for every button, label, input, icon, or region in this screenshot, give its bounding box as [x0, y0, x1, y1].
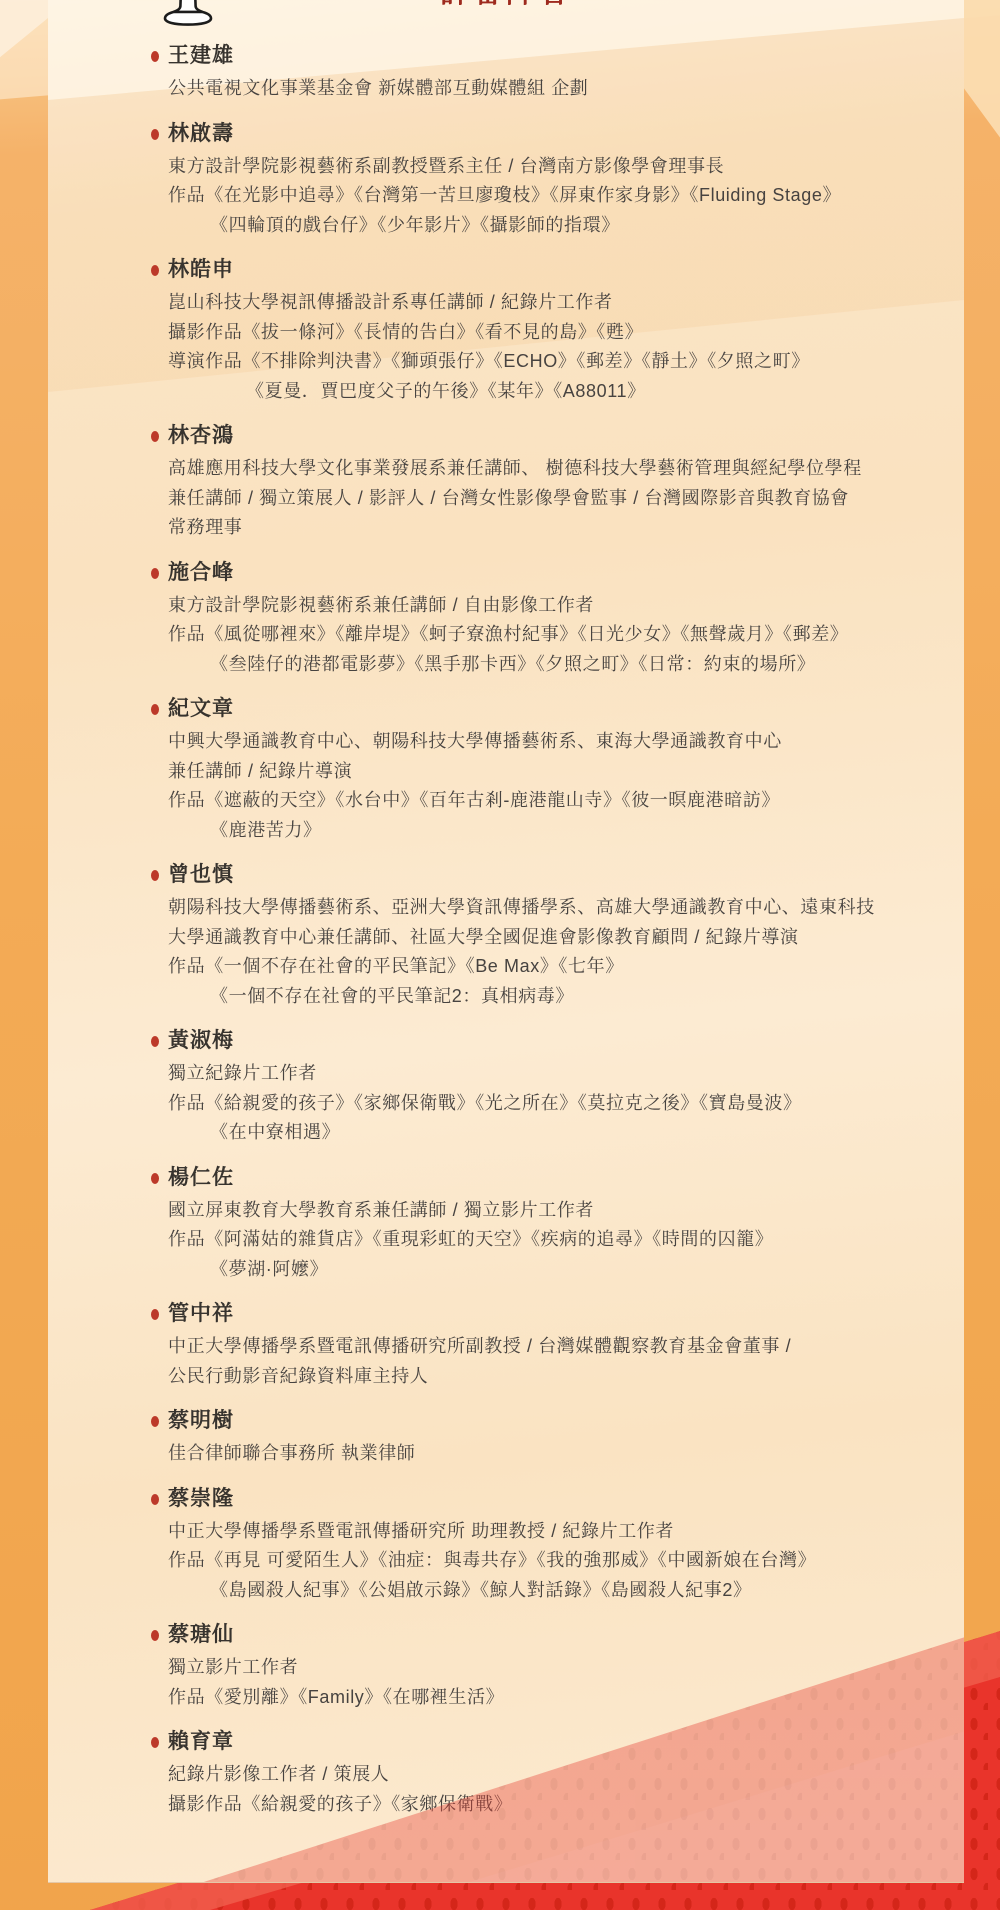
bullet-icon — [151, 1036, 159, 1047]
member-detail-line: 兼任講師 / 紀錄片導演 — [168, 757, 936, 787]
member-section: 王建雄公共電視文化事業基金會 新媒體部互動媒體組 企劃 — [168, 44, 936, 104]
member-name: 賴育章 — [168, 1730, 234, 1753]
member-name-row: 紀文章 — [168, 697, 936, 721]
member-detail-line: 導演作品《不排除判決書》《獅頭張仔》《ECHO》《郵差》《靜土》《夕照之町》 — [168, 347, 936, 377]
member-name-row: 管中祥 — [168, 1302, 936, 1326]
member-detail-line: 常務理事 — [168, 513, 936, 543]
member-detail-line: 作品《風從哪裡來》《離岸堤》《蚵子寮漁村紀事》《日光少女》《無聲歲月》《郵差》 — [168, 620, 936, 650]
member-name-row: 黃淑梅 — [168, 1029, 936, 1053]
member-section: 林皓申崑山科技大學視訊傳播設計系專任講師 / 紀錄片工作者攝影作品《拔一條河》《… — [168, 258, 936, 406]
bullet-icon — [151, 1630, 159, 1641]
member-detail-line: 《夏曼．賈巴度父子的午後》《某年》《A88011》 — [168, 377, 936, 407]
member-detail-line: 作品《阿滿姑的雜貨店》《重現彩虹的天空》《疾病的追尋》《時間的囚籠》 — [168, 1225, 936, 1255]
bullet-icon — [151, 1737, 159, 1748]
member-name-row: 林杏鴻 — [168, 424, 936, 448]
member-section: 蔡明樹佳合律師聯合事務所 執業律師 — [168, 1409, 936, 1469]
member-detail-line: 朝陽科技大學傳播藝術系、亞洲大學資訊傳播學系、高雄大學通識教育中心、遠東科技 — [168, 893, 936, 923]
member-detail-line: 東方設計學院影視藝術系副教授暨系主任 / 台灣南方影像學會理事長 — [168, 152, 936, 182]
member-detail-line: 作品《遮蔽的天空》《水台中》《百年古剎-鹿港龍山寺》《彼一暝鹿港暗訪》 — [168, 786, 936, 816]
member-name: 蔡明樹 — [168, 1409, 234, 1432]
member-detail-line: 《島國殺人紀事》《公娼啟示錄》《鯨人對話錄》《島國殺人紀事2》 — [168, 1576, 936, 1606]
member-detail-line: 中正大學傳播學系暨電訊傳播研究所 助理教授 / 紀錄片工作者 — [168, 1517, 936, 1547]
member-detail-line: 作品《一個不存在社會的平民筆記》《Be Max》《七年》 — [168, 952, 936, 982]
member-name-row: 楊仁佐 — [168, 1166, 936, 1190]
member-section: 林啟壽東方設計學院影視藝術系副教授暨系主任 / 台灣南方影像學會理事長作品《在光… — [168, 122, 936, 241]
member-detail-line: 《一個不存在社會的平民筆記2：真相病毒》 — [168, 982, 936, 1012]
member-name-row: 施合峰 — [168, 561, 936, 585]
member-detail-line: 高雄應用科技大學文化事業發展系兼任講師、 樹德科技大學藝術管理與經紀學位學程 — [168, 454, 936, 484]
member-detail-line: 崑山科技大學視訊傳播設計系專任講師 / 紀錄片工作者 — [168, 288, 936, 318]
member-section: 管中祥中正大學傳播學系暨電訊傳播研究所副教授 / 台灣媒體觀察教育基金會董事 /… — [168, 1302, 936, 1391]
bullet-icon — [151, 704, 159, 715]
member-detail-line: 作品《再見 可愛陌生人》《油症：與毒共存》《我的強那威》《中國新娘在台灣》 — [168, 1546, 936, 1576]
member-section: 林杏鴻高雄應用科技大學文化事業發展系兼任講師、 樹德科技大學藝術管理與經紀學位學… — [168, 424, 936, 543]
member-detail-line: 中興大學通識教育中心、朝陽科技大學傳播藝術系、東海大學通識教育中心 — [168, 727, 936, 757]
member-detail-line: 中正大學傳播學系暨電訊傳播研究所副教授 / 台灣媒體觀察教育基金會董事 / — [168, 1332, 936, 1362]
member-name-row: 林啟壽 — [168, 122, 936, 146]
member-section: 楊仁佐國立屏東教育大學教育系兼任講師 / 獨立影片工作者作品《阿滿姑的雜貨店》《… — [168, 1166, 936, 1285]
bullet-icon — [151, 568, 159, 579]
member-detail-line: 作品《在光影中追尋》《台灣第一苦旦廖瓊枝》《屏東作家身影》《Fluiding S… — [168, 181, 936, 211]
member-detail-line: 獨立影片工作者 — [168, 1653, 936, 1683]
bullet-icon — [151, 51, 159, 62]
member-detail-line: 作品《給親愛的孩子》《家鄉保衛戰》《光之所在》《莫拉克之後》《寶島曼波》 — [168, 1089, 936, 1119]
bullet-icon — [151, 431, 159, 442]
bullet-icon — [151, 1494, 159, 1505]
member-section: 施合峰東方設計學院影視藝術系兼任講師 / 自由影像工作者作品《風從哪裡來》《離岸… — [168, 561, 936, 680]
member-name: 蔡瑭仙 — [168, 1623, 234, 1646]
member-name-row: 蔡崇隆 — [168, 1487, 936, 1511]
member-detail-line: 攝影作品《拔一條河》《長情的告白》《看不見的島》《甦》 — [168, 318, 936, 348]
member-detail-line: 《鹿港苦力》 — [168, 816, 936, 846]
member-name: 管中祥 — [168, 1302, 234, 1325]
member-section: 紀文章中興大學通識教育中心、朝陽科技大學傳播藝術系、東海大學通識教育中心兼任講師… — [168, 697, 936, 845]
member-detail-line: 大學通識教育中心兼任講師、社區大學全國促進會影像教育顧問 / 紀錄片導演 — [168, 923, 936, 953]
member-detail-line: 公民行動影音紀錄資料庫主持人 — [168, 1362, 936, 1392]
member-detail-line: 獨立紀錄片工作者 — [168, 1059, 936, 1089]
content-panel: 評審陣容 王建雄公共電視文化事業基金會 新媒體部互動媒體組 企劃林啟壽東方設計學… — [48, 0, 964, 1883]
bullet-icon — [151, 129, 159, 140]
member-detail-line: 東方設計學院影視藝術系兼任講師 / 自由影像工作者 — [168, 591, 936, 621]
member-detail-line: 《叁陸仔的港都電影夢》《黑手那卡西》《夕照之町》《日常：約束的場所》 — [168, 650, 936, 680]
member-name: 林啟壽 — [168, 122, 234, 145]
member-name-row: 蔡明樹 — [168, 1409, 936, 1433]
member-name: 王建雄 — [168, 44, 234, 67]
member-name: 楊仁佐 — [168, 1166, 234, 1189]
member-detail-line: 佳合律師聯合事務所 執業律師 — [168, 1439, 936, 1469]
member-section: 黃淑梅獨立紀錄片工作者作品《給親愛的孩子》《家鄉保衛戰》《光之所在》《莫拉克之後… — [168, 1029, 936, 1148]
bullet-icon — [151, 1416, 159, 1427]
bullet-icon — [151, 870, 159, 881]
member-detail-line: 《四輪頂的戲台仔》《少年影片》《攝影師的指環》 — [168, 211, 936, 241]
member-name: 林杏鴻 — [168, 424, 234, 447]
member-name-row: 王建雄 — [168, 44, 936, 68]
member-name-row: 林皓申 — [168, 258, 936, 282]
member-section: 曾也慎朝陽科技大學傳播藝術系、亞洲大學資訊傳播學系、高雄大學通識教育中心、遠東科… — [168, 863, 936, 1011]
member-name-row: 蔡瑭仙 — [168, 1623, 936, 1647]
member-name: 蔡崇隆 — [168, 1487, 234, 1510]
bullet-icon — [151, 265, 159, 276]
member-name: 曾也慎 — [168, 863, 234, 886]
bullet-icon — [151, 1173, 159, 1184]
member-section: 蔡崇隆中正大學傳播學系暨電訊傳播研究所 助理教授 / 紀錄片工作者作品《再見 可… — [168, 1487, 936, 1606]
member-name: 黃淑梅 — [168, 1029, 234, 1052]
member-detail-line: 《在中寮相遇》 — [168, 1118, 936, 1148]
member-detail-line: 《夢湖·阿嬤》 — [168, 1255, 936, 1285]
bullet-icon — [151, 1309, 159, 1320]
member-name: 紀文章 — [168, 697, 234, 720]
member-name: 施合峰 — [168, 561, 234, 584]
member-detail-line: 兼任講師 / 獨立策展人 / 影評人 / 台灣女性影像學會監事 / 台灣國際影音… — [168, 484, 936, 514]
member-list: 王建雄公共電視文化事業基金會 新媒體部互動媒體組 企劃林啟壽東方設計學院影視藝術… — [48, 0, 964, 1819]
member-detail-line: 公共電視文化事業基金會 新媒體部互動媒體組 企劃 — [168, 74, 936, 104]
member-name: 林皓申 — [168, 258, 234, 281]
member-detail-line: 國立屏東教育大學教育系兼任講師 / 獨立影片工作者 — [168, 1196, 936, 1226]
member-name-row: 曾也慎 — [168, 863, 936, 887]
